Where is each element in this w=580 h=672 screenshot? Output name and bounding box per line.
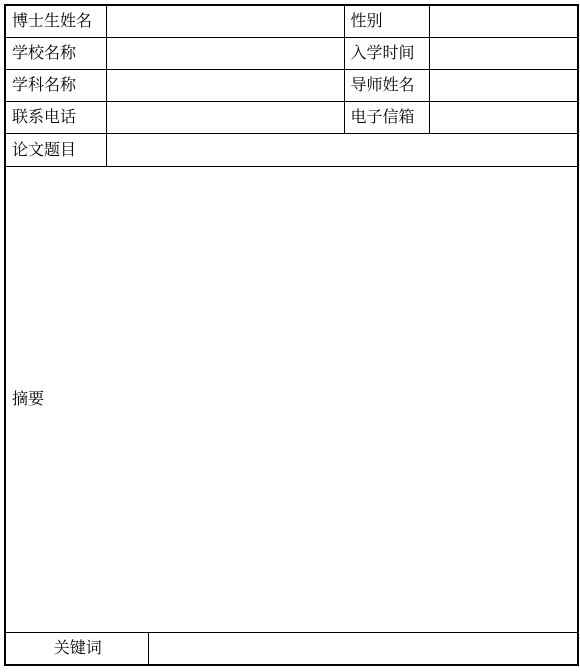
field-value-email[interactable]	[429, 101, 578, 133]
field-label-abstract: 摘要	[12, 389, 44, 408]
table-row-thesis-title: 论文题目	[5, 133, 578, 166]
field-label-email: 电子信箱	[344, 101, 429, 133]
field-label-enrollment-date: 入学时间	[344, 37, 429, 69]
field-label-phone: 联系电话	[5, 101, 106, 133]
table-row-discipline-supervisor: 学科名称 导师姓名	[5, 69, 578, 101]
field-value-gender[interactable]	[429, 5, 578, 37]
doctoral-info-form: 博士生姓名 性别 学校名称 入学时间 学科名称 导师姓名 联系电话 电子信箱 论…	[4, 4, 579, 666]
field-label-school-name: 学校名称	[5, 37, 106, 69]
field-label-gender: 性别	[344, 5, 429, 37]
field-value-discipline-name[interactable]	[106, 69, 344, 101]
table-row-keywords: 关键词	[5, 632, 578, 665]
field-label-student-name: 博士生姓名	[5, 5, 106, 37]
field-value-student-name[interactable]	[106, 5, 344, 37]
field-label-keywords: 关键词	[5, 632, 148, 665]
field-label-supervisor-name: 导师姓名	[344, 69, 429, 101]
field-value-school-name[interactable]	[106, 37, 344, 69]
field-value-supervisor-name[interactable]	[429, 69, 578, 101]
table-row-abstract: 摘要	[5, 166, 578, 632]
field-value-abstract[interactable]: 摘要	[5, 166, 578, 632]
field-label-discipline-name: 学科名称	[5, 69, 106, 101]
field-value-keywords[interactable]	[148, 632, 578, 665]
field-value-phone[interactable]	[106, 101, 344, 133]
table-row-phone-email: 联系电话 电子信箱	[5, 101, 578, 133]
field-value-thesis-title[interactable]	[106, 133, 578, 166]
table-row-school-enrollment: 学校名称 入学时间	[5, 37, 578, 69]
field-value-enrollment-date[interactable]	[429, 37, 578, 69]
field-label-thesis-title: 论文题目	[5, 133, 106, 166]
table-row-student-name-gender: 博士生姓名 性别	[5, 5, 578, 37]
